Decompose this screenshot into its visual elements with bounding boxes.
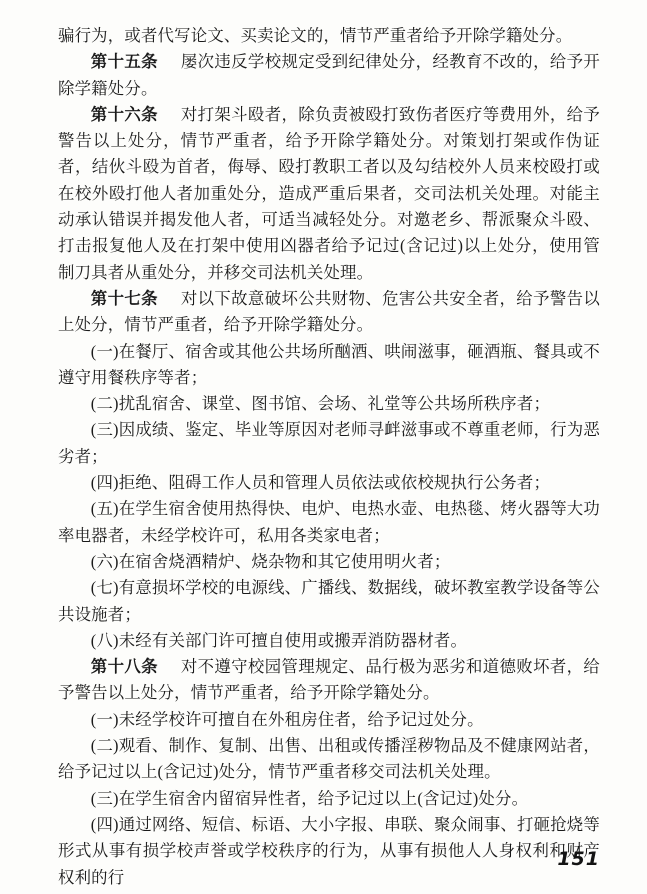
document-page: 骗行为，或者代写论文、买卖论文的，情节严重者给予开除学籍处分。第十五条屡次违反学… (0, 0, 647, 894)
paragraph-text: 对打架斗殴者，除负责被殴打致伤者医疗等费用外，给予警告以上处分，情节严重者，给予… (58, 105, 600, 282)
item-paragraph: (四)拒绝、阻碍工作人员和管理人员依法或依校规执行公务者； (58, 470, 600, 496)
item-paragraph: (三)在学生宿舍内留宿异性者，给予记过以上(含记过)处分。 (58, 786, 600, 812)
paragraph-text: (四)通过网络、短信、标语、大小字报、串联、聚众闹事、打砸抢烧等形式从事有损学校… (58, 815, 600, 887)
paragraph-text: (五)在学生宿舍使用热得快、电炉、电热水壶、电热毯、烤火器等大功率电器者，未经学… (58, 499, 600, 544)
paragraph-text: (七)有意损坏学校的电源线、广播线、数据线，破坏教室教学设备等公共设施者； (58, 578, 600, 623)
text-block: 骗行为，或者代写论文、买卖论文的，情节严重者给予开除学籍处分。第十五条屡次违反学… (58, 23, 600, 891)
article-paragraph: 第十七条对以下故意破坏公共财物、危害公共安全者，给予警告以上处分，情节严重者，给… (58, 286, 600, 339)
article-number: 第十七条 (91, 289, 158, 308)
paragraph-text: (一)未经学校许可擅自在外租房住者，给予记过处分。 (91, 710, 484, 729)
item-paragraph: (二)扰乱宿舍、课堂、图书馆、会场、礼堂等公共场所秩序者； (58, 391, 600, 417)
paragraph-text: (一)在餐厅、宿舍或其他公共场所酗酒、哄闹滋事，砸酒瓶、餐具或不遵守用餐秩序等者… (58, 342, 600, 387)
item-paragraph: (一)未经学校许可擅自在外租房住者，给予记过处分。 (58, 707, 600, 733)
article-number: 第十六条 (91, 105, 158, 124)
page-number: 151 (557, 848, 600, 870)
item-paragraph: (八)未经有关部门许可擅自使用或搬弄消防器材者。 (58, 628, 600, 654)
article-paragraph: 第十六条对打架斗殴者，除负责被殴打致伤者医疗等费用外，给予警告以上处分，情节严重… (58, 102, 600, 286)
paragraph-text: (三)因成绩、鉴定、毕业等原因对老师寻衅滋事或不尊重老师，行为恶劣者； (58, 420, 600, 465)
paragraph-text: (二)扰乱宿舍、课堂、图书馆、会场、礼堂等公共场所秩序者； (91, 394, 550, 413)
item-paragraph: (四)通过网络、短信、标语、大小字报、串联、聚众闹事、打砸抢烧等形式从事有损学校… (58, 812, 600, 891)
paragraph-text: (三)在学生宿舍内留宿异性者，给予记过以上(含记过)处分。 (91, 789, 528, 808)
item-paragraph: (一)在餐厅、宿舍或其他公共场所酗酒、哄闹滋事，砸酒瓶、餐具或不遵守用餐秩序等者… (58, 339, 600, 392)
paragraph-text: (六)在宿舍烧酒精炉、烧杂物和其它使用明火者； (91, 552, 451, 571)
paragraph-text: 骗行为，或者代写论文、买卖论文的，情节严重者给予开除学籍处分。 (58, 26, 572, 45)
paragraph-text: (八)未经有关部门许可擅自使用或搬弄消防器材者。 (91, 631, 467, 650)
item-paragraph: (二)观看、制作、复制、出售、出租或传播淫秽物品及不健康网站者，给予记过以上(含… (58, 733, 600, 786)
item-paragraph: (六)在宿舍烧酒精炉、烧杂物和其它使用明火者； (58, 549, 600, 575)
article-paragraph: 第十八条对不遵守校园管理规定、品行极为恶劣和道德败坏者，给予警告以上处分，情节严… (58, 654, 600, 707)
paragraph-text: (二)观看、制作、复制、出售、出租或传播淫秽物品及不健康网站者，给予记过以上(含… (58, 736, 600, 781)
article-number: 第十八条 (91, 657, 158, 676)
article-paragraph: 第十五条屡次违反学校规定受到纪律处分，经教育不改的，给予开除学籍处分。 (58, 49, 600, 102)
article-number: 第十五条 (91, 52, 158, 71)
item-paragraph: (七)有意损坏学校的电源线、广播线、数据线，破坏教室教学设备等公共设施者； (58, 575, 600, 628)
paragraph-text: (四)拒绝、阻碍工作人员和管理人员依法或依校规执行公务者； (91, 473, 550, 492)
item-paragraph: (三)因成绩、鉴定、毕业等原因对老师寻衅滋事或不尊重老师，行为恶劣者； (58, 417, 600, 470)
item-paragraph: (五)在学生宿舍使用热得快、电炉、电热水壶、电热毯、烤火器等大功率电器者，未经学… (58, 496, 600, 549)
continuation-paragraph: 骗行为，或者代写论文、买卖论文的，情节严重者给予开除学籍处分。 (58, 23, 600, 49)
